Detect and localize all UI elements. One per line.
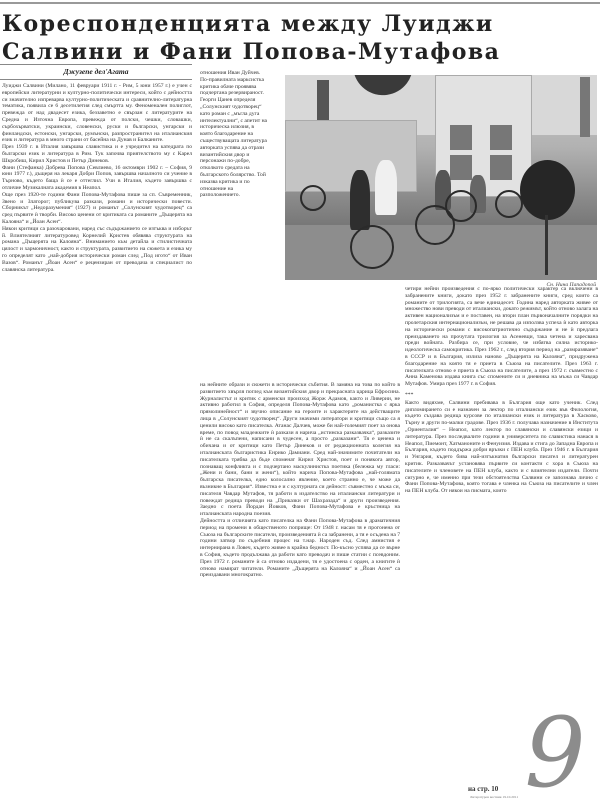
paragraph: на нейните образи и сюжети в исторически… (200, 382, 400, 518)
paragraph: четири нейни произведения с по-ярко поли… (405, 286, 598, 388)
continued-on-page: на стр. 10 (468, 785, 498, 793)
article-photo (285, 75, 597, 280)
paragraph: Още през 1920-те години Фани Попова-Мута… (2, 192, 192, 226)
paragraph: Дейността и отличията като писателка на … (200, 518, 400, 579)
article-column-3: четири нейни произведения с по-ярко поли… (405, 286, 598, 706)
footer-note: Литературен вестник 19.10.2011 (470, 795, 518, 799)
paragraph: През 1939 г. в Италия завършва славистик… (2, 144, 192, 164)
paragraph: Някои критици са разочаровани, наред със… (2, 226, 192, 274)
paragraph: Луиджи Салвини (Милано, 11 февруари 1911… (2, 83, 192, 144)
photo-window (490, 155, 512, 180)
photo-tree (520, 160, 575, 220)
photo-window (450, 125, 472, 150)
article-title: Кореспонденцията между Луиджи Салвини и … (2, 10, 598, 66)
paragraph: Фани (Стефанка) Добрева Попова (Севлиево… (2, 165, 192, 192)
photo-window (490, 125, 512, 150)
photo-tree-trunk (545, 215, 548, 275)
photo-clock-tower-right (580, 77, 590, 137)
paragraph: Както видяхме, Салвини пребивава в Бълга… (405, 400, 598, 495)
section-separator: *** (405, 392, 598, 399)
photo-cyclist (375, 160, 397, 215)
author-byline: Джузепе дел'Агата (0, 64, 192, 80)
photo-bicycle-wheel (445, 190, 477, 222)
photo-bicycle-wheel (300, 185, 326, 211)
article-column-1: Луиджи Салвини (Милано, 11 февруари 1911… (2, 83, 192, 795)
page-number: 9 (510, 708, 600, 800)
paragraph: отношения Иван Дуйчев. По-правилната мар… (200, 70, 268, 199)
photo-bicycle-wheel (350, 225, 394, 269)
article-column-2-wide: на нейните образи и сюжети в исторически… (200, 382, 400, 795)
article-column-2-narrow: отношения Иван Дуйчев. По-правилната мар… (200, 70, 268, 382)
photo-bicycle-wheel (495, 190, 523, 218)
photo-window (450, 155, 472, 180)
photo-cyclist (350, 170, 370, 230)
top-rule (0, 2, 600, 4)
